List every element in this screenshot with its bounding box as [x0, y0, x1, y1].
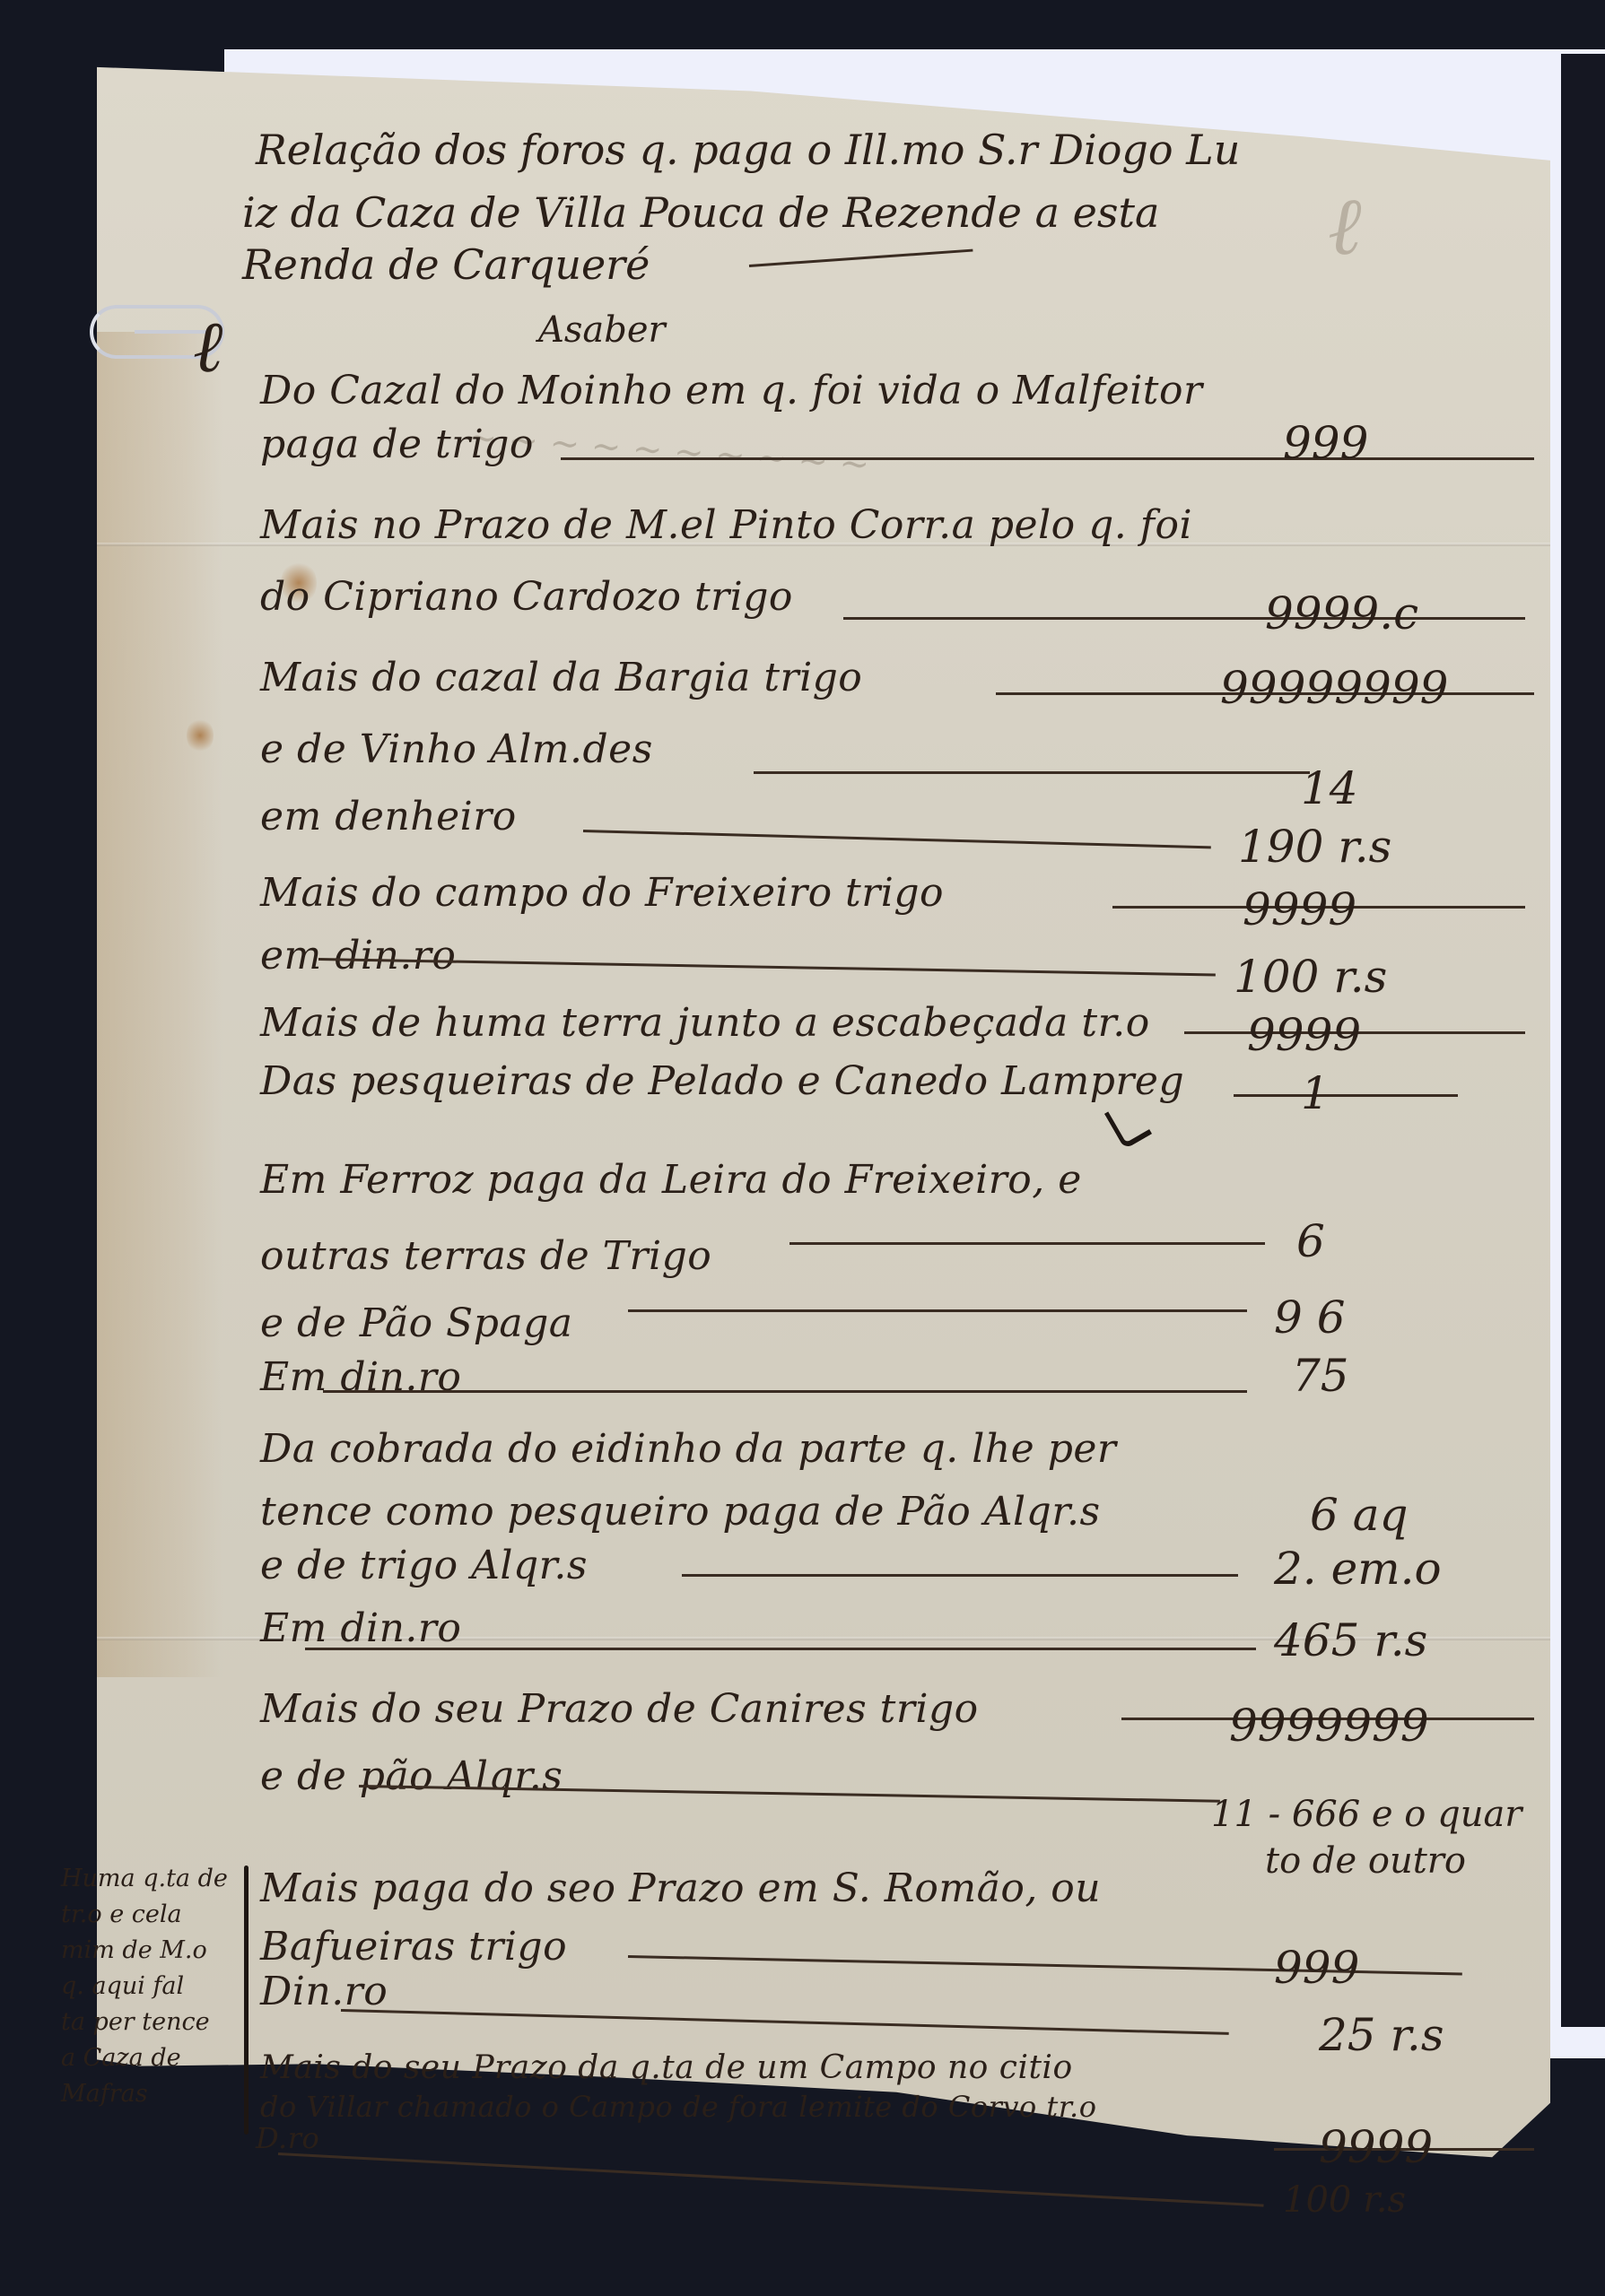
- margin-note-line: q. aqui fal: [61, 1969, 249, 2005]
- entry-9-amount: 1: [1301, 1067, 1330, 1119]
- entry-1-line-2: paga de trigo: [260, 422, 534, 467]
- entry-7-amount: 100 r.s: [1234, 951, 1387, 1003]
- entry-9-line-1: Das pesqueiras de Pelado e Canedo Lampre…: [260, 1058, 1184, 1104]
- entry-21-amount: 100 r.s: [1283, 2179, 1406, 2221]
- entry-6-amount: 9999: [1243, 883, 1356, 935]
- entry-11-amount: 9 6: [1274, 1291, 1346, 1344]
- entry-5-line-1: em denheiro: [260, 794, 517, 839]
- entry-17-amount-continued: to de outro: [1265, 1840, 1466, 1882]
- margin-note-line: a Caza de: [61, 2040, 249, 2076]
- paragraph-mark-icon: ℓ: [193, 305, 222, 389]
- entry-19-line-1: Din.ro: [260, 1969, 388, 2014]
- entry-18-line-1: Mais paga do seo Prazo em S. Romão, ou: [260, 1865, 1101, 1911]
- entry-13-line-2: tence como pesqueiro paga de Pão Alqr.s: [260, 1489, 1101, 1535]
- title-line-2: iz da Caza de Villa Pouca de Rezende a e…: [242, 188, 1159, 237]
- entry-20-amount: 9999: [1319, 2121, 1433, 2173]
- entry-1-line-1: Do Cazal do Moinho em q. foi vida o Malf…: [260, 368, 1203, 413]
- entry-10-amount: 6: [1296, 1215, 1325, 1267]
- entry-12-amount: 75: [1292, 1350, 1349, 1402]
- entry-6-line-1: Mais do campo do Freixeiro trigo: [260, 870, 944, 916]
- entry-2-line-2: do Cipriano Cardozo trigo: [260, 574, 793, 620]
- entry-13-amount: 6 aq: [1310, 1489, 1409, 1541]
- entry-15-line-1: Em din.ro: [260, 1605, 461, 1651]
- entry-4-amount: 14: [1301, 762, 1358, 814]
- leader-rule: [843, 617, 1525, 620]
- entry-5-amount: 190 r.s: [1238, 821, 1391, 873]
- entry-15-amount: 465 r.s: [1274, 1614, 1427, 1666]
- margin-note-line: tr.o e cela: [61, 1897, 249, 1933]
- entry-17-amount: 11 - 666 e o quar: [1211, 1794, 1522, 1835]
- margin-divider-bar: [244, 1865, 249, 2135]
- ink-stain: [187, 717, 214, 753]
- water-stain: [97, 332, 222, 1677]
- entry-7-line-1: em din.ro: [260, 933, 456, 978]
- entry-3-line-1: Mais do cazal da Bargia trigo: [260, 655, 862, 700]
- entry-14-amount: 2. em.o: [1274, 1543, 1442, 1595]
- entry-2-amount: 9999.c: [1265, 587, 1418, 639]
- backing-edge-shadow: [1561, 54, 1605, 2027]
- entry-18-line-2: Bafueiras trigo: [260, 1924, 567, 1970]
- margin-note-line: Mafras: [61, 2076, 249, 2112]
- margin-note-line: mim de M.o: [61, 1933, 249, 1969]
- bleed-through-mark: ℓ: [1328, 179, 1362, 274]
- leader-rule: [628, 1309, 1247, 1312]
- leader-rule: [278, 2152, 1264, 2207]
- entry-1-amount: 999: [1283, 417, 1368, 469]
- entry-19-amount: 25 r.s: [1319, 2009, 1444, 2061]
- margin-note: Huma q.ta de tr.o e cela mim de M.o q. a…: [61, 1861, 249, 2112]
- leader-rule: [754, 771, 1310, 774]
- leader-rule: [1234, 1094, 1458, 1097]
- entry-18-amount: 999: [1274, 1942, 1359, 1994]
- entry-2-line-1: Mais no Prazo de M.el Pinto Corr.a pelo …: [260, 502, 1192, 548]
- entry-12-line-1: Em din.ro: [260, 1354, 461, 1400]
- entry-14-line-1: e de trigo Alqr.s: [260, 1543, 588, 1588]
- entry-20-line-2: do Villar chamado o Campo de fora lemite…: [260, 2090, 1096, 2124]
- entry-8-amount: 9999: [1247, 1009, 1361, 1061]
- entry-4-line-1: e de Vinho Alm.des: [260, 726, 653, 772]
- heading-asaber: Asaber: [538, 309, 666, 351]
- entry-17-line-1: e de pão Alqr.s: [260, 1753, 563, 1799]
- entry-16-amount: 9999999: [1229, 1700, 1429, 1752]
- leader-rule: [305, 1648, 1256, 1650]
- entry-21-line-1: D.ro: [256, 2121, 319, 2155]
- entry-11-line-1: e de Pão Spaga: [260, 1300, 573, 1346]
- leader-rule: [682, 1574, 1238, 1577]
- entry-3-amount: 99999999: [1220, 662, 1449, 714]
- title-line-1: Relação dos foros q. paga o Ill.mo S.r D…: [256, 126, 1240, 174]
- leader-rule: [789, 1242, 1265, 1245]
- leader-rule: [323, 1390, 1247, 1393]
- entry-10-line-2: outras terras de Trigo: [260, 1233, 711, 1279]
- margin-note-line: Huma q.ta de: [61, 1861, 249, 1897]
- entry-13-line-1: Da cobrada do eidinho da parte q. lhe pe…: [260, 1426, 1116, 1472]
- entry-10-line-1: Em Ferroz paga da Leira do Freixeiro, e: [260, 1157, 1082, 1203]
- entry-16-line-1: Mais do seu Prazo de Canires trigo: [260, 1686, 979, 1732]
- margin-note-line: ta per tence: [61, 2005, 249, 2040]
- title-line-3: Renda de Carqueré: [242, 240, 650, 289]
- leader-rule: [561, 457, 1534, 460]
- entry-8-line-1: Mais de huma terra junto a escabeçada tr…: [260, 1000, 1150, 1046]
- entry-20-line-1: Mais do seu Prazo da q.ta de um Campo no…: [260, 2049, 1073, 2086]
